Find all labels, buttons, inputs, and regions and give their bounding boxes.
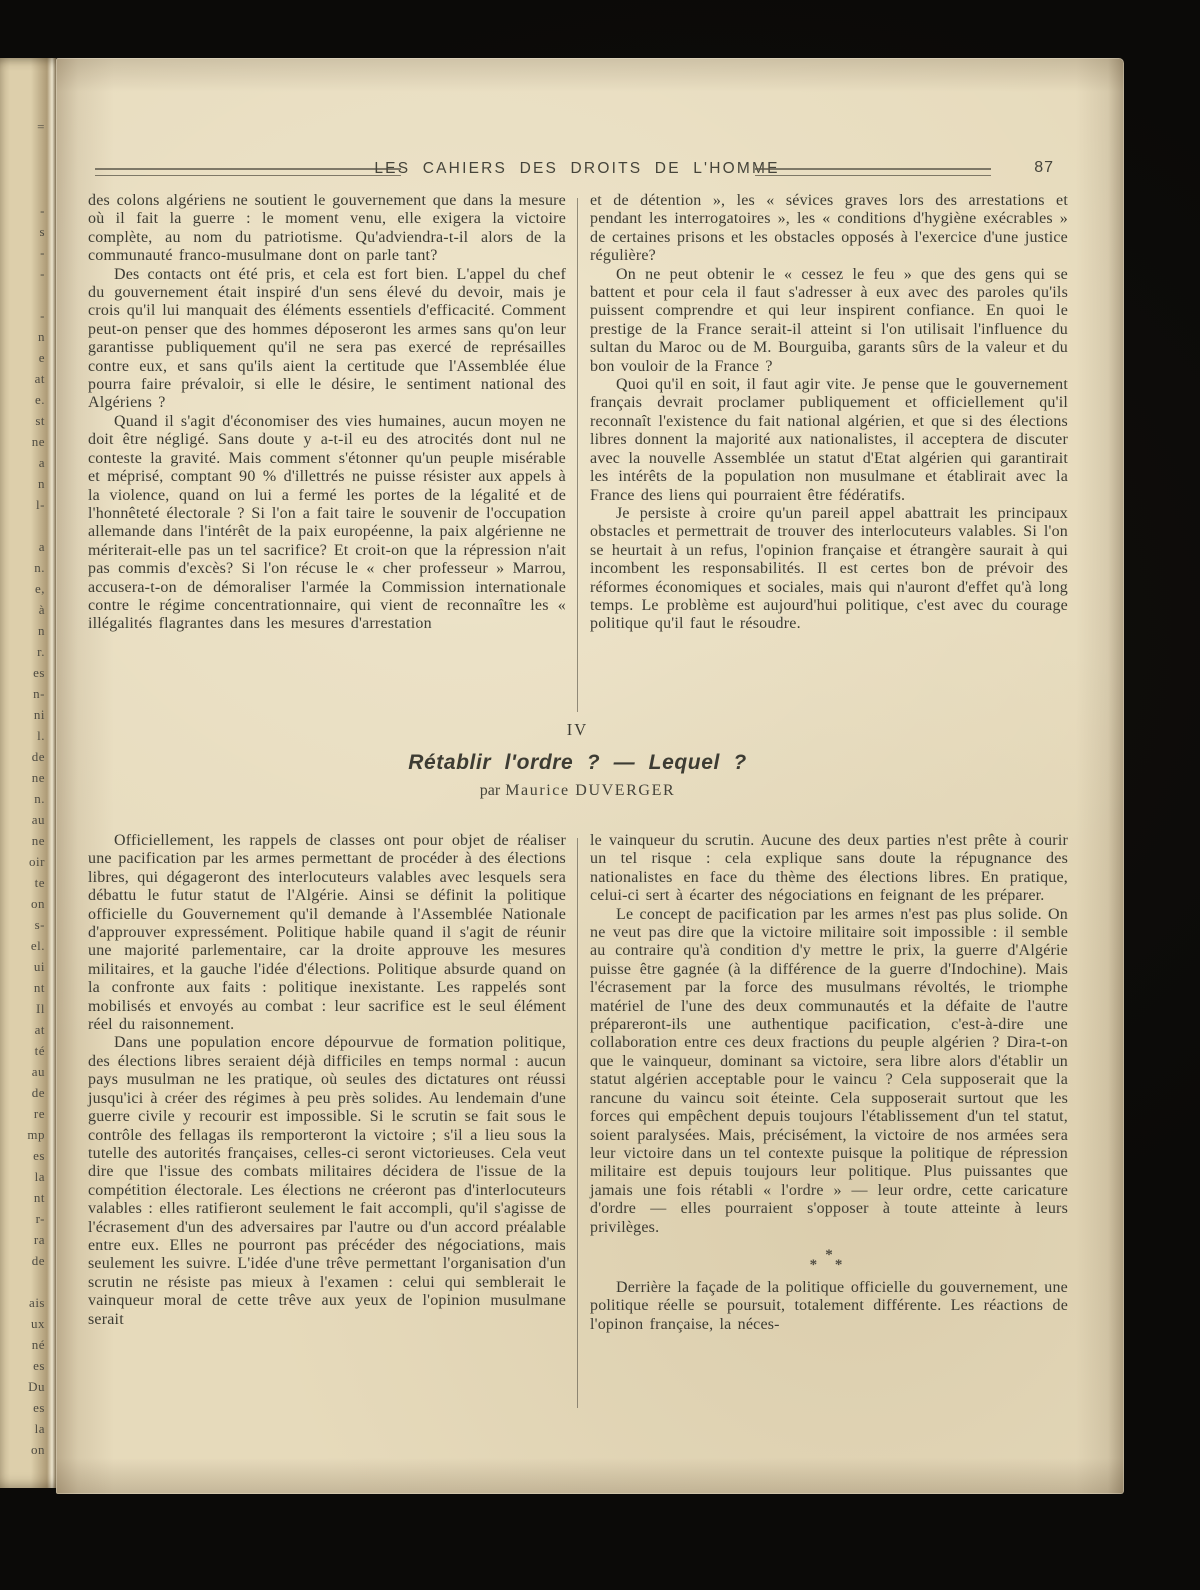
edge-fragment xyxy=(5,158,45,179)
edge-fragment: oir xyxy=(5,851,45,872)
paragraph: Je persiste à croire qu'un pareil appel … xyxy=(590,505,1068,634)
edge-fragment: ui xyxy=(5,956,45,977)
edge-fragment: té xyxy=(5,1040,45,1061)
edge-fragment: de xyxy=(5,1082,45,1103)
edge-fragment: on xyxy=(5,893,45,914)
edge-fragment: e. xyxy=(5,389,45,410)
edge-fragment: s- xyxy=(5,914,45,935)
edge-fragment: nt xyxy=(5,1187,45,1208)
edge-fragment: r. xyxy=(5,641,45,662)
paragraph: le vainqueur du scrutin. Aucune des deux… xyxy=(590,832,1068,906)
journal-page: LES CAHIERS DES DROITS DE L'HOMME 87 des… xyxy=(56,58,1124,1494)
paragraph: Des contacts ont été pris, et cela est f… xyxy=(88,266,566,413)
paragraph: Derrière la façade de la politique offic… xyxy=(590,1279,1068,1334)
edge-fragment: at xyxy=(5,1019,45,1040)
article-bottom-right-column: le vainqueur du scrutin. Aucune des deux… xyxy=(590,832,1068,1334)
edge-fragment: ne xyxy=(5,830,45,851)
edge-fragment: la xyxy=(5,1166,45,1187)
paragraph: On ne peut obtenir le « cessez le feu » … xyxy=(590,266,1068,376)
edge-fragment xyxy=(5,137,45,158)
edge-fragment xyxy=(5,515,45,536)
asterism-divider: * * * xyxy=(590,1250,1068,1270)
edge-fragment: ais xyxy=(5,1292,45,1313)
paragraph: Officiellement, les rappels de classes o… xyxy=(88,832,566,1034)
edge-fragment: e, xyxy=(5,578,45,599)
byline-prefix: par xyxy=(480,782,500,799)
page-number: 87 xyxy=(1008,159,1054,177)
article-top-right-column: et de détention », les « sévices graves … xyxy=(590,192,1068,634)
edge-fragment: ne xyxy=(5,431,45,452)
edge-fragment: es xyxy=(5,1397,45,1418)
article-bottom-left-column: Officiellement, les rappels de classes o… xyxy=(88,832,566,1329)
edge-fragment: au xyxy=(5,809,45,830)
paragraph: et de détention », les « sévices graves … xyxy=(590,192,1068,266)
edge-fragment: s xyxy=(5,221,45,242)
edge-fragment: e xyxy=(5,347,45,368)
column-divider-bottom xyxy=(577,838,578,1408)
edge-fragment: à xyxy=(5,599,45,620)
facing-page-edge: = -s-- -neate.stneanl- an.e,ànr.esn-nil.… xyxy=(0,58,56,1488)
edge-fragment-column: = -s-- -neate.stneanl- an.e,ànr.esn-nil.… xyxy=(5,116,45,1460)
section-byline: parMaurice DUVERGER xyxy=(56,782,1099,800)
header-rule-left xyxy=(95,168,401,176)
edge-fragment: ux xyxy=(5,1313,45,1334)
edge-fragment: a xyxy=(5,536,45,557)
edge-fragment: n. xyxy=(5,788,45,809)
edge-fragment: au xyxy=(5,1061,45,1082)
scan-background: = -s-- -neate.stneanl- an.e,ànr.esn-nil.… xyxy=(0,0,1200,1590)
edge-fragment: es xyxy=(5,662,45,683)
edge-fragment: at xyxy=(5,368,45,389)
paragraph: des colons algériens ne soutient le gouv… xyxy=(88,192,566,266)
edge-fragment xyxy=(5,179,45,200)
edge-fragment: né xyxy=(5,1334,45,1355)
edge-fragment: ni xyxy=(5,704,45,725)
edge-fragment: on xyxy=(5,1439,45,1460)
edge-fragment: te xyxy=(5,872,45,893)
edge-fragment: = xyxy=(5,116,45,137)
edge-fragment: Du xyxy=(5,1376,45,1397)
paragraph: Quand il s'agit d'économiser des vies hu… xyxy=(88,413,566,634)
header-rule-right xyxy=(755,168,991,176)
edge-fragment xyxy=(5,284,45,305)
edge-fragment: es xyxy=(5,1355,45,1376)
edge-fragment: n. xyxy=(5,557,45,578)
section-number: IV xyxy=(56,720,1099,740)
paragraph: Dans une population encore dépourvue de … xyxy=(88,1034,566,1329)
edge-fragment: ra xyxy=(5,1229,45,1250)
journal-title: LES CAHIERS DES DROITS DE L'HOMME xyxy=(374,160,779,178)
edge-fragment: n xyxy=(5,473,45,494)
edge-fragment: re xyxy=(5,1103,45,1124)
edge-fragment: es xyxy=(5,1145,45,1166)
edge-fragment: Il xyxy=(5,998,45,1019)
column-divider-top xyxy=(577,198,578,712)
edge-fragment: - xyxy=(5,263,45,284)
edge-fragment: - xyxy=(5,305,45,326)
paragraph: Quoi qu'il en soit, il faut agir vite. J… xyxy=(590,376,1068,505)
edge-fragment: mp xyxy=(5,1124,45,1145)
asterism-bottom: * * xyxy=(590,1260,1068,1270)
edge-fragment: de xyxy=(5,746,45,767)
edge-fragment: l. xyxy=(5,725,45,746)
article-top-left-column: des colons algériens ne soutient le gouv… xyxy=(88,192,566,634)
edge-fragment: - xyxy=(5,242,45,263)
edge-fragment: r- xyxy=(5,1208,45,1229)
edge-fragment xyxy=(5,1271,45,1292)
section-heading: IV Rétablir l'ordre ? — Lequel ? parMaur… xyxy=(56,720,1099,800)
edge-fragment: n xyxy=(5,620,45,641)
edge-fragment: nt xyxy=(5,977,45,998)
edge-fragment: de xyxy=(5,1250,45,1271)
edge-fragment: n xyxy=(5,326,45,347)
section-title: Rétablir l'ordre ? — Lequel ? xyxy=(56,751,1099,775)
edge-fragment: a xyxy=(5,452,45,473)
edge-fragment: la xyxy=(5,1418,45,1439)
edge-fragment: l- xyxy=(5,494,45,515)
author-name: Maurice DUVERGER xyxy=(505,782,675,799)
edge-fragment: n- xyxy=(5,683,45,704)
edge-fragment: ne xyxy=(5,767,45,788)
edge-fragment: - xyxy=(5,200,45,221)
edge-fragment: st xyxy=(5,410,45,431)
edge-fragment: el. xyxy=(5,935,45,956)
paragraph: Le concept de pacification par les armes… xyxy=(590,906,1068,1237)
